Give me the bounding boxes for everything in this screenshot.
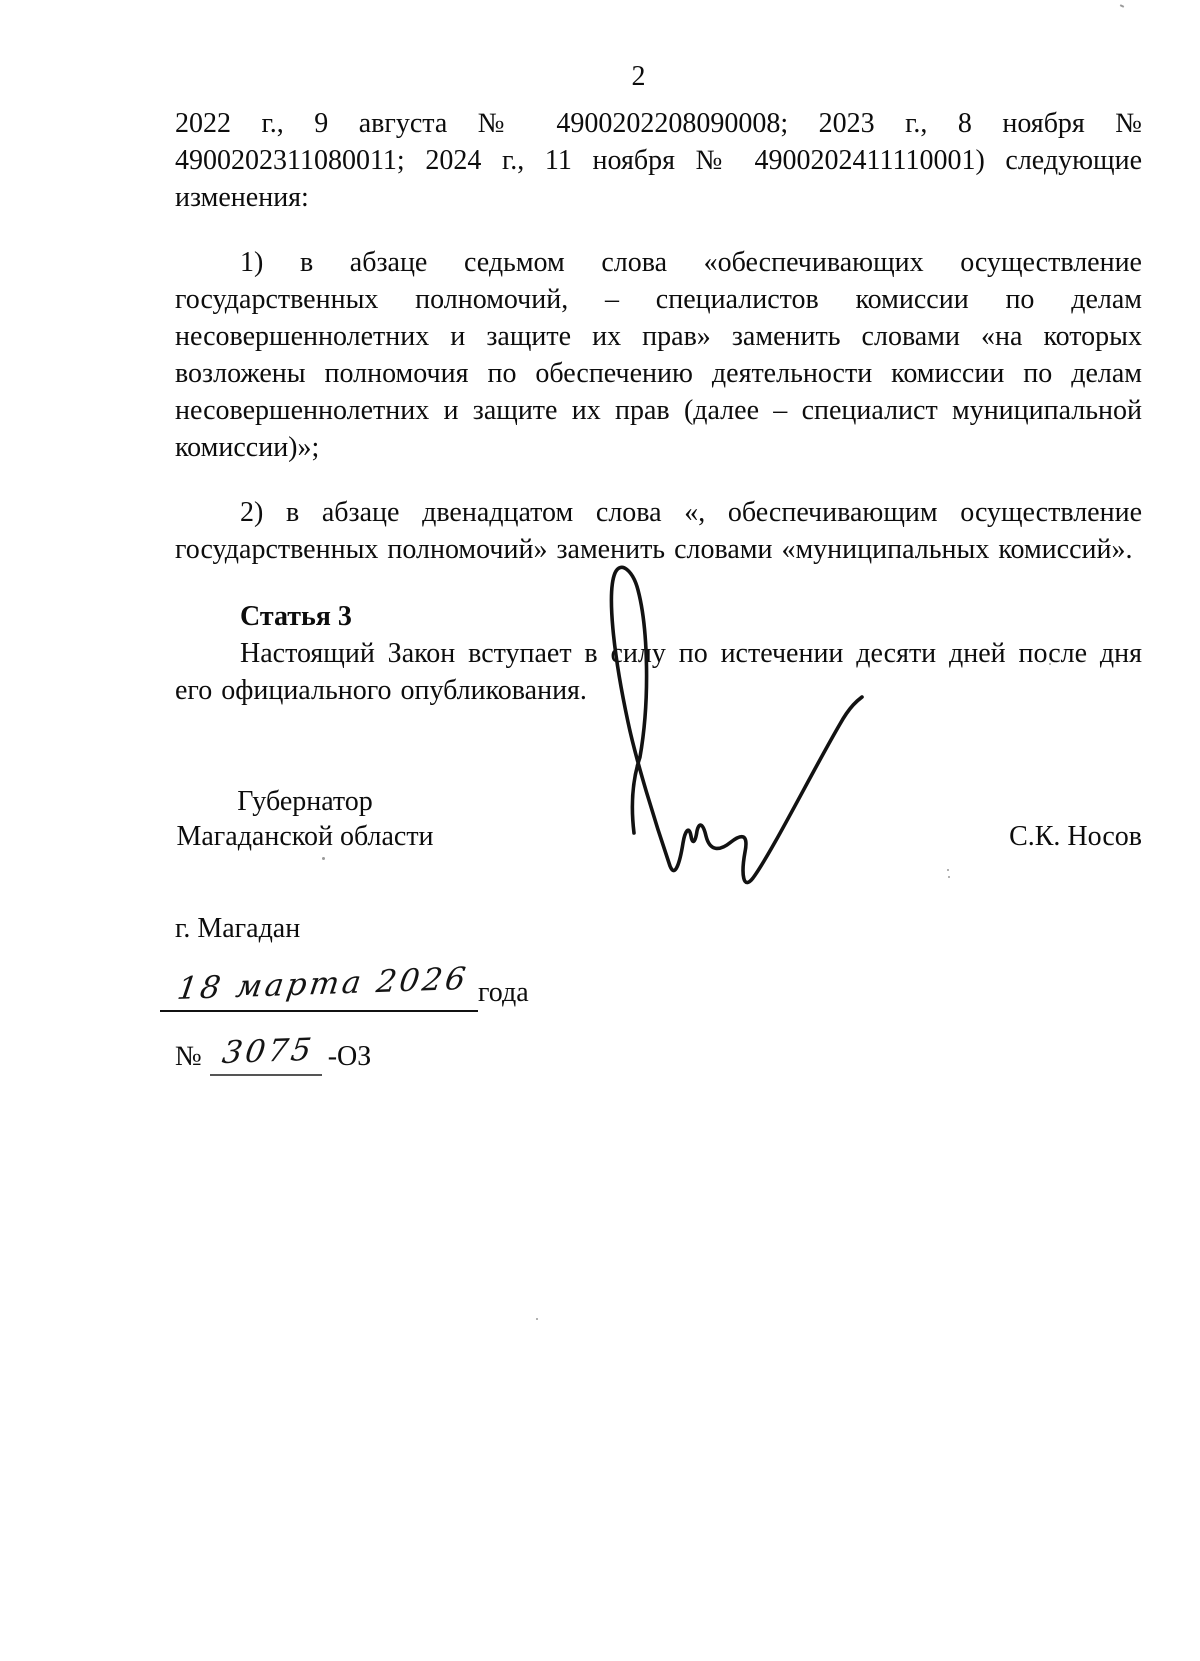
handwritten-number: 3075 bbox=[220, 1033, 316, 1071]
date-suffix: года bbox=[478, 977, 529, 1008]
scan-speck bbox=[536, 1318, 538, 1320]
handwritten-date: 18 марта 2026 bbox=[175, 962, 471, 1007]
place-line: г. Магадан bbox=[175, 911, 1142, 946]
scan-speck bbox=[322, 857, 325, 860]
number-sign: № bbox=[175, 1041, 202, 1072]
page-number: 2 bbox=[135, 58, 1142, 95]
signer-name: С.К. Носов bbox=[1009, 819, 1142, 854]
number-line: №3075-ОЗ bbox=[175, 1038, 1142, 1076]
amendment-item-1: 1) в абзаце седьмом слова «обеспечивающи… bbox=[175, 244, 1142, 466]
date-line: 18 марта 2026года bbox=[175, 974, 1142, 1012]
signature-row: Губернатор Магаданской области С.К. Носо… bbox=[175, 784, 1142, 854]
signer-position: Губернатор Магаданской области bbox=[170, 784, 440, 854]
scan-speck bbox=[948, 876, 950, 878]
signer-position-line2: Магаданской области bbox=[170, 819, 440, 854]
article-heading: Статья 3 bbox=[240, 598, 1142, 635]
article-body-paragraph: Настоящий Закон вступает в силу по истеч… bbox=[175, 635, 1142, 709]
number-suffix: -ОЗ bbox=[328, 1041, 372, 1072]
scan-speck bbox=[1049, 663, 1051, 665]
signer-position-line1: Губернатор bbox=[170, 784, 440, 819]
scan-speck bbox=[1120, 4, 1124, 8]
amendment-item-2: 2) в абзаце двенадцатом слова «, обеспеч… bbox=[175, 494, 1142, 568]
scan-speck bbox=[947, 869, 949, 871]
date-underline: 18 марта 2026 bbox=[160, 974, 478, 1012]
document-page: 2 2022 г., 9 августа № 4900202208090008;… bbox=[0, 0, 1200, 1661]
number-underline: 3075 bbox=[210, 1038, 322, 1076]
intro-continuation-paragraph: 2022 г., 9 августа № 4900202208090008; 2… bbox=[175, 105, 1142, 216]
